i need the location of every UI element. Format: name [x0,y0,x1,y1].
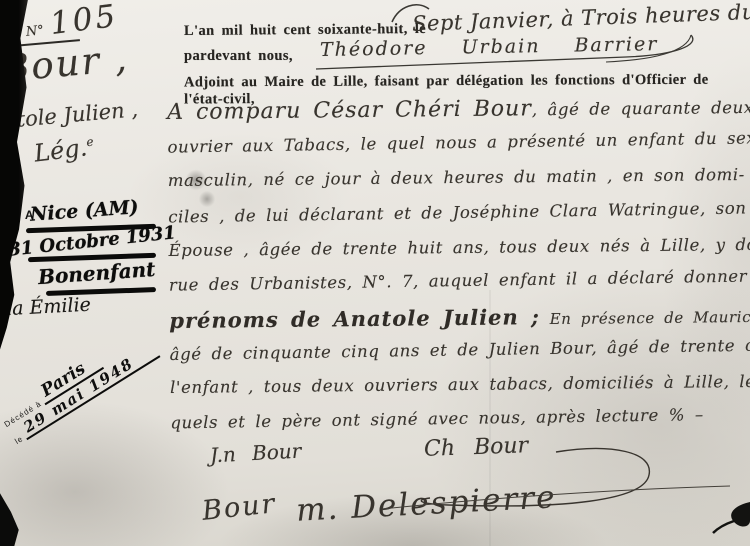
body-line7-child-names: prénoms de Anatole Julien ; [169,304,540,333]
marriage-place: Nice (AM) [29,196,139,226]
margin-legitimate-abbr: Lég.e [33,132,96,167]
death-mention-stamp: Décédé à Paris le 29 mai 1948 [0,322,160,446]
signature-julien-bour: J.n Bour [209,439,301,468]
signature-father: Ch Bour [424,433,529,462]
body-line: l'enfant , tous deux ouvriers aux tabacs… [170,372,750,397]
body-line7-rest: En présence de Maurice Delespierre, [550,307,750,328]
body-line: rue des Urbanistes, N°. 7, auquel enfant… [169,266,750,295]
spouse-surname: Bonenfant [37,257,156,289]
header-line2-printed: pardevant nous, [184,48,293,65]
body-line1-opening: A comparu César Chéri Bour [167,96,532,125]
body-line: quels et le père ont signé avec nous, ap… [170,405,704,432]
header-line1-handwritten: Sept Janvier, à Trois heures du soir, [412,0,750,36]
act-number: 105 [48,0,120,42]
body-line: masculin, né ce jour à deux heures du ma… [168,165,745,190]
body-line: ouvrier aux Tabacs, le quel nous a prése… [167,128,750,156]
body-line1-rest: , âgé de quarante deux ans , [532,97,750,119]
book-gutter-bottom [0,484,26,546]
spouse-given-fragment: lla Émilie [0,294,91,321]
body-line: prénoms de Anatole Julien ; En présence … [169,301,750,333]
spouse-surname-underline [46,287,156,296]
signature-delespierre: m. Delespierre [295,479,557,529]
body-line: Épouse , âgée de trente huit ans, tous d… [169,234,750,260]
civil-register-scan: N° 105 Bour , atole Julien , Lég.e RIÉ A… [0,0,750,546]
signature-bottom-left: Bour [201,488,278,527]
right-edge-ink-tail [713,521,734,533]
body-line: ciles , de lui déclarant et de Joséphine… [168,198,747,226]
header-line2-handwritten: Théodore Urbain Barrier [320,33,659,61]
body-line: âgé de cinquante cinq ans et de Julien B… [170,333,750,363]
right-edge-ink-blot [731,502,750,527]
act-number-label: N° [25,23,44,40]
